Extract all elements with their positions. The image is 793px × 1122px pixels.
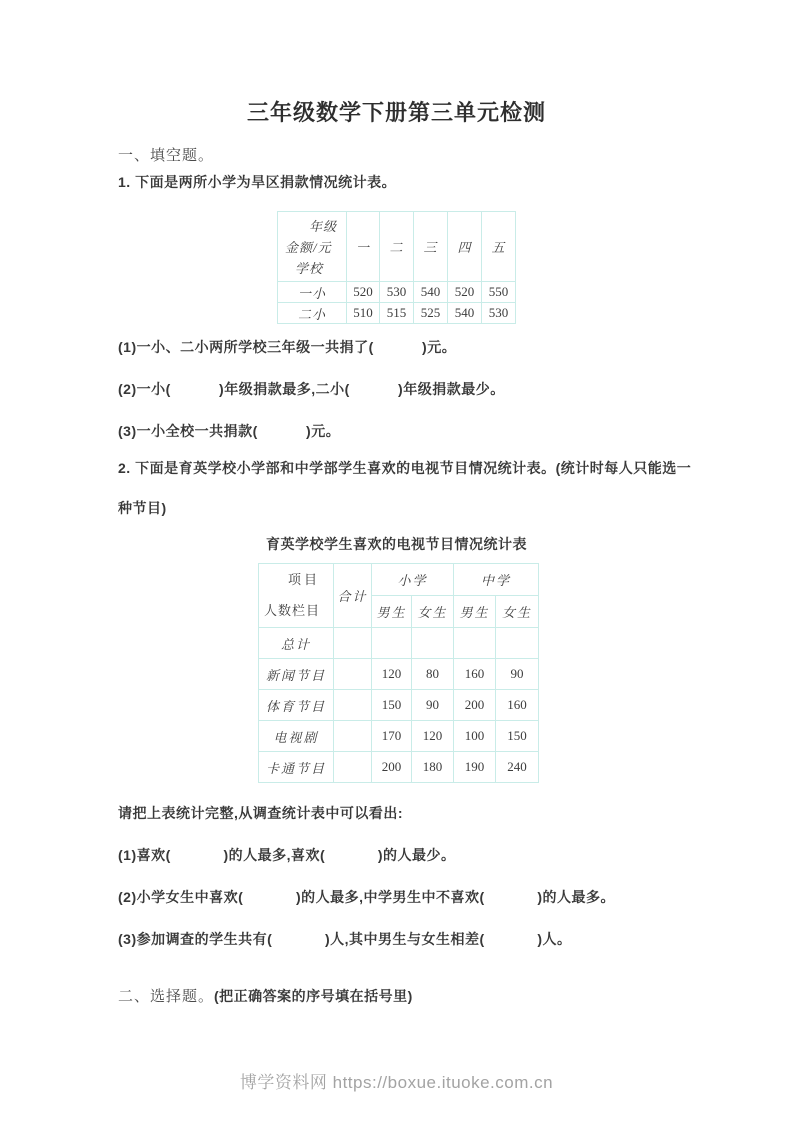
question-1-subitem: (2)一小( )年级捐款最多,二小( )年级捐款最少。: [118, 379, 505, 399]
question-2-outro: 请把上表统计完整,从调查统计表中可以看出:: [118, 803, 403, 823]
corner-label-item: 项目: [259, 564, 333, 588]
gender-header-cell: 女生: [496, 596, 539, 628]
donation-value-cell: 530: [380, 282, 414, 303]
row-label-cell: 新闻节目: [259, 659, 334, 690]
donation-stats-table: 年级 金额/元 学校 一 二 三 四 五 一小 520 530 540 520 …: [277, 211, 516, 324]
donation-value-cell: 550: [482, 282, 516, 303]
question-2-subitem: (3)参加调查的学生共有( )人,其中男生与女生相差( )人。: [118, 929, 572, 949]
row-label-cell: 卡通节目: [259, 752, 334, 783]
total-value-cell: [334, 628, 372, 659]
row-label-cell: 电视剧: [259, 721, 334, 752]
tv-value-cell: 90: [412, 690, 454, 721]
total-value-cell: [334, 721, 372, 752]
section-1-heading: 一、填空题。: [118, 144, 214, 165]
grade-header-cell: 二: [380, 212, 414, 282]
tv-value-cell: [454, 628, 496, 659]
question-1-intro: 1. 下面是两所小学为旱区捐款情况统计表。: [118, 172, 396, 192]
tv-program-stats-table: 项目 人数栏目 合计 小学 中学 男生 女生 男生 女生 总计 新闻节目 120…: [258, 563, 539, 783]
tv-value-cell: [412, 628, 454, 659]
tv-value-cell: 150: [496, 721, 539, 752]
middle-school-group-header: 中学: [454, 564, 539, 596]
donation-value-cell: 530: [482, 303, 516, 324]
donation-value-cell: 525: [414, 303, 448, 324]
gender-header-cell: 男生: [454, 596, 496, 628]
tv-value-cell: 160: [454, 659, 496, 690]
total-column-header: 合计: [334, 564, 372, 628]
question-2-intro-line2: 种节目): [118, 498, 167, 518]
tv-value-cell: 180: [412, 752, 454, 783]
donation-value-cell: 520: [347, 282, 380, 303]
tv-value-cell: 100: [454, 721, 496, 752]
grade-header-cell: 四: [448, 212, 482, 282]
table-corner-cell: 项目 人数栏目: [259, 564, 334, 628]
tv-value-cell: 160: [496, 690, 539, 721]
grade-header-cell: 五: [482, 212, 516, 282]
grade-header-cell: 一: [347, 212, 380, 282]
page-title: 三年级数学下册第三单元检测: [0, 96, 793, 127]
gender-header-cell: 女生: [412, 596, 454, 628]
primary-school-group-header: 小学: [372, 564, 454, 596]
section-2-heading: 二、选择题。(把正确答案的序号填在括号里): [118, 985, 413, 1006]
tv-value-cell: 190: [454, 752, 496, 783]
corner-label-grade: 年级: [278, 212, 346, 237]
section-2-note: (把正确答案的序号填在括号里): [214, 988, 413, 1004]
corner-label-school: 学校: [278, 258, 346, 279]
tv-value-cell: 170: [372, 721, 412, 752]
worksheet-page: 三年级数学下册第三单元检测 一、填空题。 1. 下面是两所小学为旱区捐款情况统计…: [0, 0, 793, 1122]
gender-header-cell: 男生: [372, 596, 412, 628]
tv-value-cell: 240: [496, 752, 539, 783]
total-value-cell: [334, 690, 372, 721]
total-value-cell: [334, 659, 372, 690]
question-2-subitem: (2)小学女生中喜欢( )的人最多,中学男生中不喜欢( )的人最多。: [118, 887, 615, 907]
corner-label-amount: 金额/元: [278, 237, 346, 258]
donation-value-cell: 520: [448, 282, 482, 303]
donation-value-cell: 540: [414, 282, 448, 303]
tv-value-cell: 150: [372, 690, 412, 721]
question-1-subitem: (3)一小全校一共捐款( )元。: [118, 421, 340, 441]
corner-label-count: 人数栏目: [259, 588, 333, 619]
question-1-subitem: (1)一小、二小两所学校三年级一共捐了( )元。: [118, 337, 456, 357]
donation-value-cell: 540: [448, 303, 482, 324]
school-label-cell: 一小: [278, 282, 347, 303]
donation-value-cell: 510: [347, 303, 380, 324]
tv-value-cell: 200: [372, 752, 412, 783]
tv-value-cell: 80: [412, 659, 454, 690]
question-2-intro-line1: 2. 下面是育英学校小学部和中学部学生喜欢的电视节目情况统计表。(统计时每人只能…: [118, 458, 691, 478]
row-label-cell: 体育节目: [259, 690, 334, 721]
school-label-cell: 二小: [278, 303, 347, 324]
page-footer: 博学资料网 https://boxue.ituoke.com.cn: [0, 1068, 793, 1093]
tv-table-title: 育英学校学生喜欢的电视节目情况统计表: [0, 534, 793, 554]
tv-value-cell: 200: [454, 690, 496, 721]
grade-header-cell: 三: [414, 212, 448, 282]
question-2-subitem: (1)喜欢( )的人最多,喜欢( )的人最少。: [118, 845, 456, 865]
tv-value-cell: 90: [496, 659, 539, 690]
total-value-cell: [334, 752, 372, 783]
table-corner-cell: 年级 金额/元 学校: [278, 212, 347, 282]
tv-value-cell: 120: [412, 721, 454, 752]
row-label-cell: 总计: [259, 628, 334, 659]
donation-value-cell: 515: [380, 303, 414, 324]
section-2-label: 二、选择题。: [118, 989, 214, 1005]
tv-value-cell: [372, 628, 412, 659]
tv-value-cell: 120: [372, 659, 412, 690]
tv-value-cell: [496, 628, 539, 659]
